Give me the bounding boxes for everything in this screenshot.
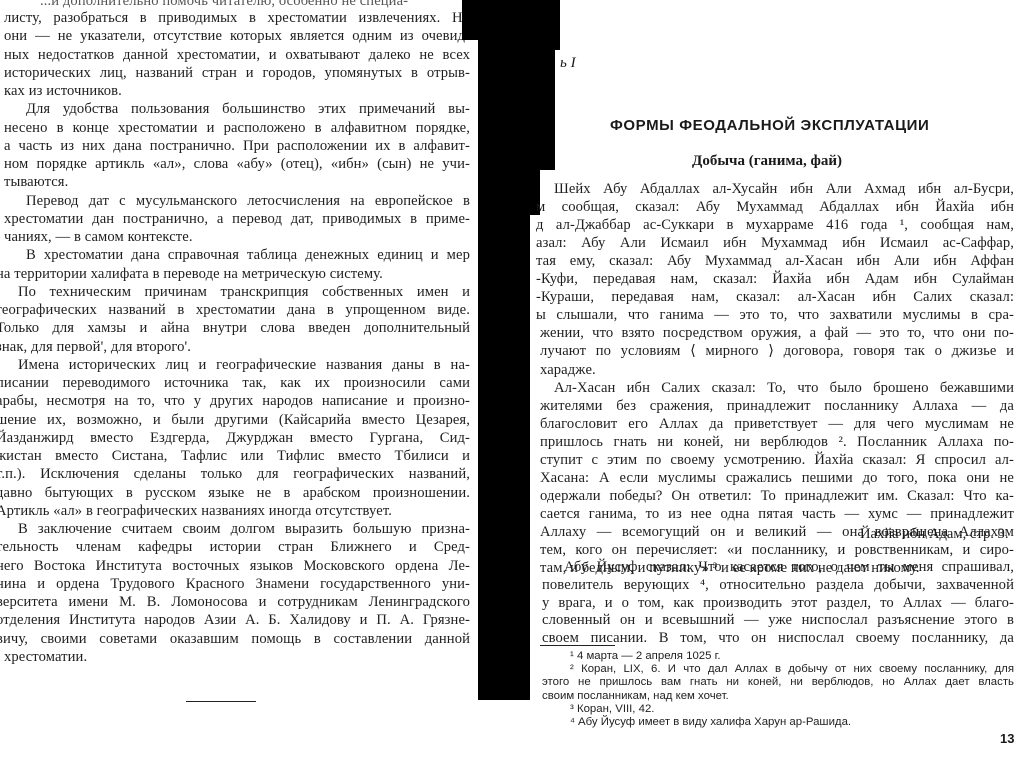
footnote: ² Коран, LIX, 6. И что дал Аллах в добыч… [570,663,1014,676]
text-line: хараджe. [540,361,596,379]
footnote: этого не пришлось вам гнать ни коней, ни… [542,676,1014,689]
text-line: у врага, и о том, как производить этот р… [542,594,1014,612]
text-line: они — не указатели, отсутствие которых я… [4,27,470,45]
footnote: ¹ 4 марта — 2 апреля 1025 г. [570,650,721,663]
footnote-rule [540,645,615,646]
text-line: лучают по условиям ⟨ мирного ⟩ договора,… [540,342,1014,360]
text-line: шение их, возможно, и были другими (Кайс… [0,411,470,429]
text-line: нина и ордена Трудового Красного Знамени… [0,575,470,593]
text-line: тем, кого он перечисляет: «и посланнику,… [540,541,1014,559]
text-line: Абу Йусуф сказал: Что касается того, о ч… [564,558,1014,576]
text-line: м сообщая, сказал: Абу Мухаммад Абдаллах… [536,198,1014,216]
text-line: Имена исторических лиц и географические … [18,356,470,374]
text-line: азал: Абу Али Исмаил ибн Мухаммад ибн Ис… [536,234,1014,252]
text-line: -Куфи, передавая нам, сказал: Йахйа ибн … [536,270,1014,288]
text-line: ках из источников. [4,82,122,100]
text-line: тываются. [4,173,68,191]
scan-gutter-shadow [478,0,530,700]
text-line: В хрестоматии дана справочная таблица де… [26,246,470,264]
text-line: писании переводимого источника так, как … [0,374,470,392]
text-line: ы слышали, что ганима — это то, что захв… [536,306,1014,324]
text-line: на территории халифата в переводе на мет… [0,265,383,283]
text-line: отделения Института народов Азии А. Б. Х… [0,611,470,629]
text-line: ном порядке артикль «ал», слова «абу» (о… [4,155,470,173]
citation-signature: Йахйа ибн Адам, стр. 3. [860,526,1009,543]
text-line: исторических лиц, названий стран и город… [4,64,470,82]
text-line: жистан вместо Систана, Тафлис или Тифлис… [0,447,470,465]
text-line: Шейх Абу Абдаллах ал-Хусайн ибн Али Ахма… [554,180,1014,198]
text-line: хрестоматии. [4,648,87,666]
text-line: По техническим причинам транскрипция соб… [18,283,470,301]
section-subtitle: Добыча (ганима, фай) [692,153,842,170]
text-line: В заключение считаем своим долгом вырази… [18,520,470,538]
text-line: одержали победы? Он ответил: То принадле… [540,487,1014,505]
text-line: географических названий в хрестоматии да… [0,301,470,319]
scan-shadow [494,600,508,690]
text-line: вичу, своими советами оказавшим помощь в… [0,630,470,648]
text-line: словенный он и всевышний — уже ниспослал… [542,611,1014,629]
text-line: Только для хамзы и айна внутри слова вве… [0,319,470,337]
text-line: давно бытующих в русском языке не в араб… [0,484,470,502]
text-line: хрестоматии дан постранично, а перевод д… [4,210,470,228]
scan-shadow [530,50,555,170]
section-title: ФОРМЫ ФЕОДАЛЬНОЙ ЭКСПЛУАТАЦИИ [610,117,929,134]
text-line: чаниях, — в самом контексте. [4,228,193,246]
text-line: него Востока Института восточных языков … [0,557,470,575]
text-line: арабы, несмотря на то, что у других наро… [0,392,470,410]
text-line: ных недостатков данной хрестоматии, и ох… [4,46,470,64]
text-line: жителями без сражения, принадлежит посла… [540,397,1014,415]
text-line: Ал-Хасан ибн Салих сказал: То, что было … [554,379,1014,397]
footnote: своим посланникам, над кем хочет. [542,690,729,703]
separator-rule [186,701,256,702]
text-line: тельность членам кафедры истории стран Б… [0,538,470,556]
text-line: -Кураши, передавая нам, сказал: ал-Хасан… [536,288,1014,306]
text-line: сается ганима, то из нее одна пятая част… [540,505,1014,523]
text-line: Перевод дат с мусульманского летосчислен… [26,192,470,210]
text-line: д ал-Джаббар ас-Суккари в мухарраме 416 … [536,216,1014,234]
text-line: Хасана: А если муслимы сражались пешими … [540,469,1014,487]
footnote: ³ Коран, VIII, 42. [570,703,654,716]
text-line: жении, что взято посредством оружия, а ф… [540,324,1014,342]
chapter-mark: ь I [560,55,576,72]
footnote: ⁴ Абу Йусуф имеет в виду халифа Харун ар… [570,716,851,729]
text-line: несено в конце хрестоматии и расположено… [4,119,470,137]
text-line: знак, для первой', для второго'. [0,338,191,356]
text-line: листу, разобраться в приводимых в хресто… [4,9,470,27]
text-line: пришлось гнать ни коней, ни верблюдов ².… [540,433,1014,451]
text-line: ступит с этим по своему усмотрению. Йахй… [540,451,1014,469]
page-number: 13 [1000,731,1014,746]
text-line: повелитель верующих ⁴, относительно разд… [542,576,1014,594]
text-line: тая ему, сказал: Абу Мухаммад ал-Хасан и… [536,252,1014,270]
text-line: верситета имени М. В. Ломоносова и сотру… [0,593,470,611]
text-line: Артикль «ал» в географических названиях … [0,502,392,520]
text-line: Для удобства пользования большинство эти… [26,100,470,118]
text-line: а часть из них дана постранично. При рас… [4,137,470,155]
scan-shadow [530,0,560,50]
text-line: Йазданжирд вместо Ездгерда, Джурджан вме… [0,429,470,447]
text-line: благословит его Аллах да приветствует — … [540,415,1014,433]
text-line: т.п.). Исключения сделаны только для гео… [0,465,470,483]
